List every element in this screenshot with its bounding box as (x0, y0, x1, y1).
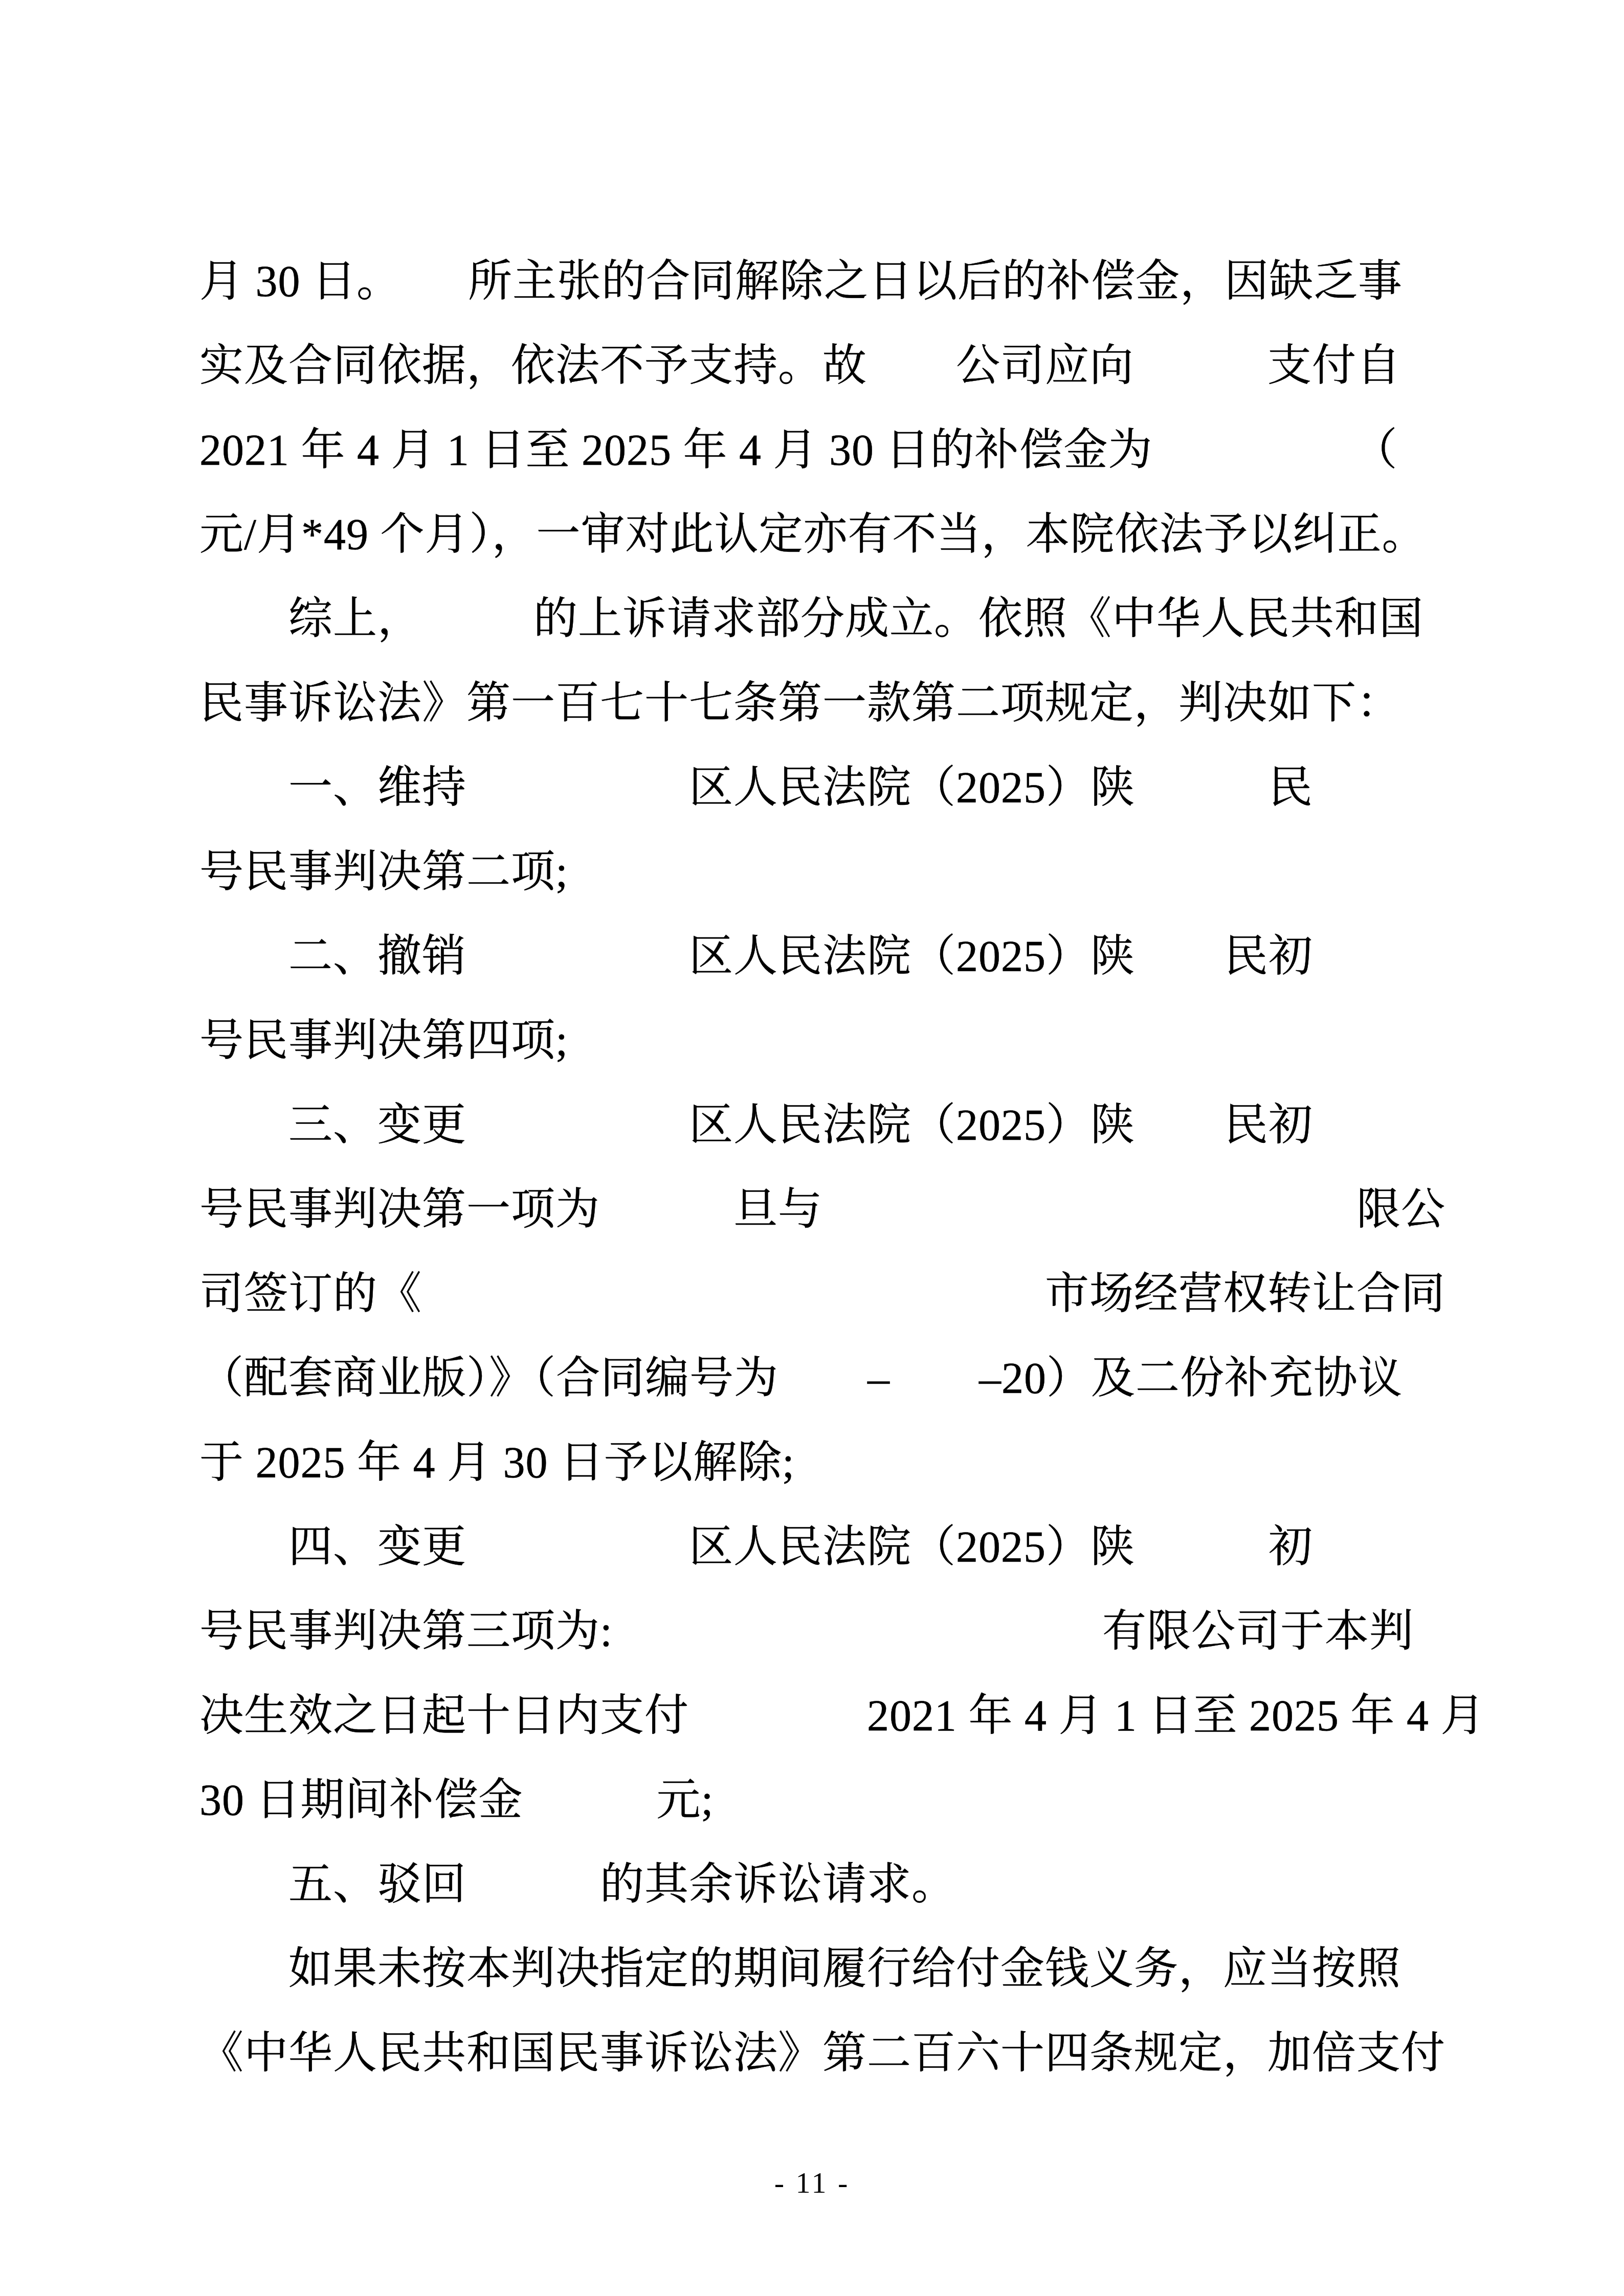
judgment-line: 号民事判决第四项; (199, 999, 1448, 1083)
judgment-line: 五、驳回 的其余诉讼请求。 (199, 1842, 1448, 1927)
judgment-line: 一、维持 区人民法院（2025）陕 民 (199, 746, 1448, 830)
judgment-line: 号民事判决第二项; (199, 830, 1448, 914)
judgment-line: 于 2025 年 4 月 30 日予以解除; (199, 1421, 1448, 1505)
judgment-line: （配套商业版）》（合同编号为 – –20）及二份补充协议 (199, 1336, 1448, 1421)
judgment-line: 二、撤销 区人民法院（2025）陕 民初 (199, 914, 1448, 999)
judgment-line: 2021 年 4 月 1 日至 2025 年 4 月 30 日的补偿金为 （ (199, 408, 1448, 492)
judgment-line: 实及合同依据，依法不予支持。故 公司应向 支付自 (199, 324, 1448, 408)
judgment-line: 四、变更 区人民法院（2025）陕 初 (199, 1505, 1448, 1589)
judgment-line: 如果未按本判决指定的期间履行给付金钱义务，应当按照 (199, 1927, 1448, 2011)
judgment-line: 三、变更 区人民法院（2025）陕 民初 (199, 1083, 1448, 1167)
judgment-line: 月 30 日。 所主张的合同解除之日以后的补偿金，因缺乏事 (199, 239, 1448, 324)
document-page: 月 30 日。 所主张的合同解除之日以后的补偿金，因缺乏事 实及合同依据，依法不… (0, 0, 1624, 2296)
page-number: - 11 - (0, 2167, 1624, 2199)
judgment-text-block: 月 30 日。 所主张的合同解除之日以后的补偿金，因缺乏事 实及合同依据，依法不… (199, 239, 1448, 2096)
judgment-line: 民事诉讼法》第一百七十七条第一款第二项规定，判决如下： (199, 661, 1448, 746)
judgment-line: 30 日期间补偿金 元; (199, 1758, 1448, 1842)
judgment-line: 元/月*49 个月），一审对此认定亦有不当，本院依法予以纠正。 (199, 492, 1448, 577)
judgment-line: 综上， 的上诉请求部分成立。依照《中华人民共和国 (199, 577, 1448, 661)
judgment-line: 号民事判决第三项为: 有限公司于本判 (199, 1589, 1448, 1674)
judgment-line: 《中华人民共和国民事诉讼法》第二百六十四条规定，加倍支付 (199, 2011, 1448, 2096)
judgment-line: 决生效之日起十日内支付 2021 年 4 月 1 日至 2025 年 4 月 (199, 1674, 1448, 1758)
judgment-line: 司签订的《 市场经营权转让合同 (199, 1252, 1448, 1336)
judgment-line: 号民事判决第一项为 旦与 限公 (199, 1167, 1448, 1252)
